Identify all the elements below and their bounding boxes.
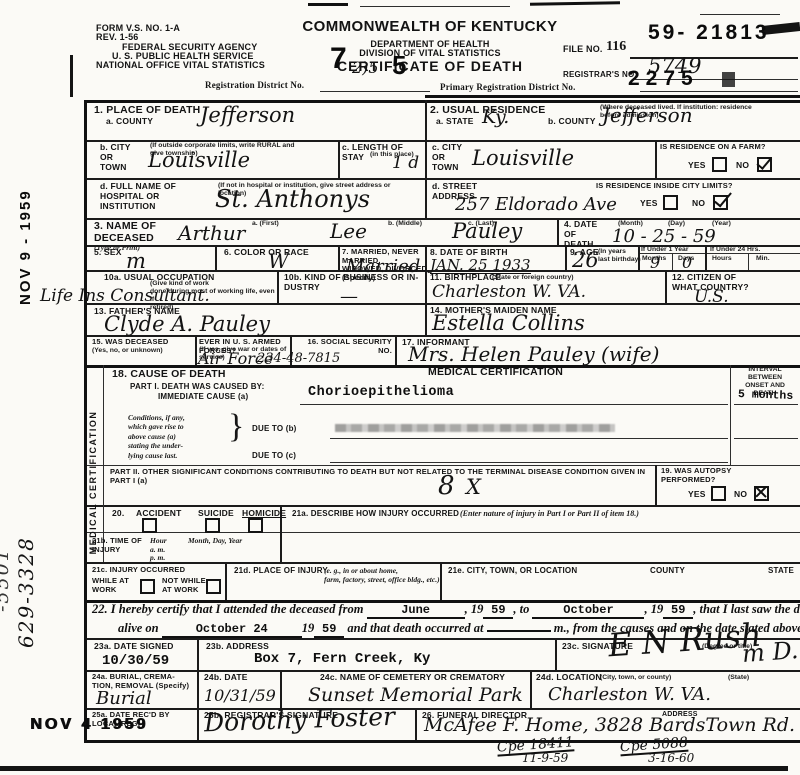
cause-of-death-label: 18. CAUSE OF DEATH (112, 368, 226, 380)
agency-line-3: NATIONAL OFFICE VITAL STATISTICS (96, 60, 265, 70)
occupation-value: Life Ins Consultant. (40, 288, 210, 305)
district-label: Registration District No. (205, 80, 304, 90)
grid-line (705, 245, 707, 270)
grid-line (197, 708, 199, 740)
city-limits-question: IS RESIDENCE INSIDE CITY LIMITS? (596, 182, 733, 191)
sex-value: m (126, 251, 146, 272)
commonwealth-title: COMMONWEALTH OF KENTUCKY (295, 18, 565, 35)
death-time-blank (487, 630, 551, 632)
autopsy-no-label: NO (734, 490, 747, 500)
county-value: Jefferson (200, 105, 295, 126)
min-label: Min. (756, 255, 770, 263)
not-while-at-work-checkbox (206, 579, 221, 594)
certify-statement-line1: 22. I hereby certify that I attended the… (92, 602, 800, 619)
funeral-director-value: McAfee F. Home, 3828 BardsTown Rd. (424, 716, 795, 735)
grid-line (84, 562, 800, 564)
autopsy-label: 19. WAS AUTOPSY PERFORMED? (661, 467, 732, 484)
certify-text-7: 19 (302, 621, 315, 635)
date-of-death-label: 4. DATE OF DEATH (564, 220, 597, 249)
margin-handwritten-number: 629-3328 (16, 418, 36, 648)
state-value: Ky. (482, 108, 509, 127)
hospital-value: St. Anthonys (215, 187, 370, 211)
conditions-note: Conditions, if any, which gave rise to a… (128, 413, 185, 460)
autopsy-yes-label: YES (688, 490, 706, 500)
business-value: — (340, 288, 358, 306)
hour-label: Hour (150, 536, 167, 545)
district-stamp-5: 5 (392, 52, 406, 78)
grid-line (555, 638, 557, 670)
grid-line (197, 638, 199, 670)
file-no-stamp: 59- 21813 (648, 22, 770, 43)
residence-county-value: Jefferson (602, 105, 693, 125)
medical-certification-header: MEDICAL CERTIFICATION (428, 366, 563, 378)
grid-line (103, 365, 104, 562)
farm-question-label: IS RESIDENCE ON A FARM? (660, 143, 766, 152)
part2-label: PART II. OTHER SIGNIFICANT CONDITIONS CO… (110, 468, 655, 485)
grid-line (425, 100, 427, 218)
describe-injury-note: (Enter nature of injury in Part I or Par… (460, 509, 639, 519)
place-of-injury-label: 21d. PLACE OF INJURY (234, 566, 328, 575)
x-mark-icon (754, 485, 767, 498)
farm-yes-label: YES (688, 161, 706, 171)
from-year-value: 59 (483, 603, 513, 619)
physician-address-value: Box 7, Fern Creek, Ky (254, 651, 430, 667)
limits-yes-checkbox (663, 195, 678, 210)
scan-artifact (360, 6, 510, 7)
citizen-value: U.S. (694, 289, 729, 306)
cemetery-label: 24c. NAME OF CEMETERY OR CREMATORY (320, 673, 505, 683)
residence-city-label: c. CITY OR TOWN (432, 143, 462, 172)
certify-num: 22. (92, 602, 108, 616)
to-year-value: 59 (663, 603, 693, 619)
under-24-hrs-label: If Under 24 Hrs. (710, 246, 760, 254)
name-of-deceased-label: 3. NAME OF DECEASED (94, 220, 156, 244)
was-deceased-note: (Yes, no, or unknown) (92, 347, 163, 355)
days-value: 0 (682, 255, 692, 271)
date-of-death-value: 10 - 25 - 59 (612, 228, 716, 246)
limits-no-label: NO (692, 199, 705, 209)
brace-glyph: } (228, 408, 244, 446)
district-stamp-7: 7 (330, 44, 347, 74)
street-address-value: 257 Eldorado Ave (455, 196, 617, 214)
grid-line (197, 670, 199, 708)
autopsy-yes-checkbox (711, 486, 726, 501)
ssn-value: 234-48-7815 (257, 352, 340, 365)
margin-handwritten-number-partial: -5501 (0, 402, 12, 612)
medical-certification-vertical-label: MEDICAL CERTIFICATION (88, 375, 98, 590)
certify-text-8: and that death occurred at (347, 621, 483, 635)
date-signed-label: 23a. DATE SIGNED (94, 642, 174, 652)
grid-line (730, 365, 731, 465)
file-no-prefix: 116 (606, 39, 626, 55)
form-revision: REV. 1-56 (96, 32, 139, 42)
part2-handwritten-x: X (466, 477, 481, 498)
grid-line (195, 335, 197, 365)
interval-value: 5 months (738, 388, 794, 403)
grid-line (557, 218, 559, 245)
grid-line (84, 532, 800, 533)
color-race-label: 6. COLOR OR RACE (224, 248, 309, 258)
scan-artifact (530, 1, 620, 6)
city-value: Louisville (148, 150, 250, 171)
residence-city-value: Louisville (472, 148, 574, 169)
place-of-death-label: 1. PLACE OF DEATH (94, 104, 200, 116)
burial-date-value: 10/31/59 (204, 688, 276, 704)
physician-degree-value: m D. (741, 638, 799, 666)
city-label: b. CITY OR TOWN (100, 143, 131, 172)
district-handwritten: 2)5 (352, 60, 379, 76)
due-to-b-label: DUE TO (b) (252, 424, 297, 433)
sex-label: 5. SEX (94, 248, 122, 258)
first-name-value: Arthur (178, 223, 245, 243)
pm-label: p. m. (150, 553, 165, 562)
hours-label: Hours (712, 255, 732, 263)
first-name-label: a. (First) (252, 220, 279, 228)
attended-from-value: June (367, 603, 465, 619)
age-value: 26 (572, 250, 599, 271)
certify-text-5: , that I last saw the deceased (693, 602, 800, 616)
certify-text-3: , to (513, 602, 529, 616)
middle-name-label: b. (Middle) (388, 220, 422, 228)
describe-injury-label: 21a. DESCRIBE HOW INJURY OCCURRED (292, 509, 459, 518)
location-value: Charleston W. VA. (548, 686, 711, 704)
due-b-line (330, 438, 728, 439)
injury-city-label: 21e. CITY, TOWN, OR LOCATION (448, 566, 577, 575)
attended-to-value: October (532, 603, 644, 619)
informant-value: Mrs. Helen Pauley (wife) (408, 344, 659, 364)
item-20-number: 20. (112, 509, 124, 519)
accident-checkbox (142, 518, 157, 533)
hospital-label: d. FULL NAME OF HOSPITAL OR INSTITUTION (100, 182, 176, 211)
death-certificate-scan: FORM V.S. NO. 1-A REV. 1-56 FEDERAL SECU… (0, 0, 800, 775)
month-day-year-label: Month, Day, Year (188, 536, 242, 545)
footnote-1-date: 11-9-59 (522, 752, 568, 764)
scan-artifact (700, 14, 780, 15)
county-label: a. COUNTY (106, 117, 153, 127)
due-c-line (330, 462, 728, 463)
scan-artifact (308, 3, 348, 6)
date-received-stamp: NOV 4 1959 (30, 717, 148, 733)
primary-district-line (640, 91, 798, 92)
faint-typed-smudge (335, 424, 615, 432)
primary-district-label: Primary Registration District No. (440, 82, 576, 92)
grid-line (395, 335, 397, 365)
farm-yes-checkbox (712, 157, 727, 172)
registrar-no-label: REGISTRAR'S NO. (563, 70, 637, 79)
place-of-injury-note: (e. g., in or about home, farm, factory,… (324, 566, 444, 585)
grid-line (655, 465, 657, 505)
received-date-stamp-margin: NOV 9 - 1959 (18, 95, 33, 305)
cemetery-value: Sunset Memorial Park (308, 686, 523, 705)
grid-line (338, 245, 340, 270)
location-label: 24d. LOCATION (536, 673, 602, 683)
grid-line (280, 670, 282, 708)
burial-value: Burial (96, 690, 152, 708)
grid-line (530, 670, 532, 708)
district-line (320, 91, 430, 92)
while-at-work-checkbox (140, 579, 155, 594)
burial-date-label: 24b. DATE (204, 673, 248, 683)
grid-line (425, 303, 427, 335)
grid-line (415, 708, 417, 740)
stamp-smudge (722, 72, 735, 87)
homicide-checkbox (248, 518, 263, 533)
immediate-cause-label: IMMEDIATE CAUSE (a) (158, 392, 248, 401)
limits-yes-label: YES (640, 199, 658, 209)
color-race-value: W (268, 251, 289, 271)
mother-name-value: Estella Collins (432, 313, 585, 334)
certify-text-1: I hereby certify that I attended the dec… (111, 602, 364, 616)
physician-signature-value: E N Rush (607, 619, 762, 662)
not-while-at-work-label: NOT WHILE AT WORK (162, 577, 206, 594)
certify-text-6: alive on (118, 621, 159, 635)
grid-line (665, 270, 667, 303)
alive-year-value: 59 (314, 622, 344, 638)
state-label: a. STATE (436, 117, 474, 127)
grid-line (215, 245, 217, 270)
grid-line (748, 253, 749, 270)
father-name-value: Clyde A. Pauley (104, 314, 270, 335)
was-deceased-label: 15. WAS DECEASED (92, 338, 169, 347)
date-signed-value: 10/30/59 (102, 653, 169, 669)
injury-county-label: COUNTY (650, 566, 685, 575)
due-to-c-label: DUE TO (c) (252, 451, 296, 460)
grid-line (84, 218, 800, 220)
residence-county-label: b. COUNTY (548, 117, 596, 127)
grid-line (225, 562, 227, 600)
scan-edge-bar (0, 766, 788, 771)
grid-line (338, 140, 340, 178)
farm-no-label: NO (736, 161, 749, 171)
grid-line (425, 95, 800, 98)
grid-line (84, 740, 800, 743)
scan-artifact (70, 55, 73, 97)
part1-label: PART I. DEATH WAS CAUSED BY: (130, 382, 265, 391)
grid-line (672, 253, 673, 270)
length-of-stay-value: 1 d (392, 155, 419, 172)
birthplace-value: Charleston W. VA. (432, 284, 586, 301)
middle-name-value: Lee (330, 221, 367, 241)
certify-text-2: , 19 (465, 602, 484, 616)
months-value: 9 (650, 255, 660, 271)
grid-line (84, 178, 800, 180)
primary-district-stamp: 2275 (628, 68, 699, 89)
last-seen-alive-value: October 24 (162, 622, 302, 638)
injury-state-label: STATE (768, 566, 794, 575)
certify-text-4: , 19 (644, 602, 663, 616)
immediate-cause-value: Chorioepithelioma (308, 385, 454, 400)
grid-line (655, 140, 657, 178)
grid-line (277, 270, 279, 303)
cause-a-line (300, 404, 728, 405)
part2-handwritten-8: 8 (438, 473, 455, 499)
file-no-label: FILE NO. (563, 44, 603, 54)
last-name-value: Pauley (452, 221, 522, 242)
while-at-work-label: WHILE AT WORK (92, 577, 129, 594)
injury-occurred-label: 21c. INJURY OCCURRED (92, 566, 185, 575)
location-note-1: (City, town, or county) (600, 674, 671, 682)
grid-line (734, 438, 798, 439)
location-note-2: (State) (728, 674, 749, 682)
interval-line (734, 404, 798, 405)
registrar-signature-value: Dorothy Foster (204, 704, 396, 736)
birthplace-note: (State or foreign country) (492, 274, 574, 282)
suicide-checkbox (205, 518, 220, 533)
age-note: (In years last birthday) (598, 248, 641, 264)
grid-line (84, 505, 800, 507)
table-left-border (84, 100, 87, 743)
time-of-injury-label: 21b. TIME OF INJURY (92, 537, 142, 554)
footnote-2-date: 3-16-60 (648, 752, 694, 764)
